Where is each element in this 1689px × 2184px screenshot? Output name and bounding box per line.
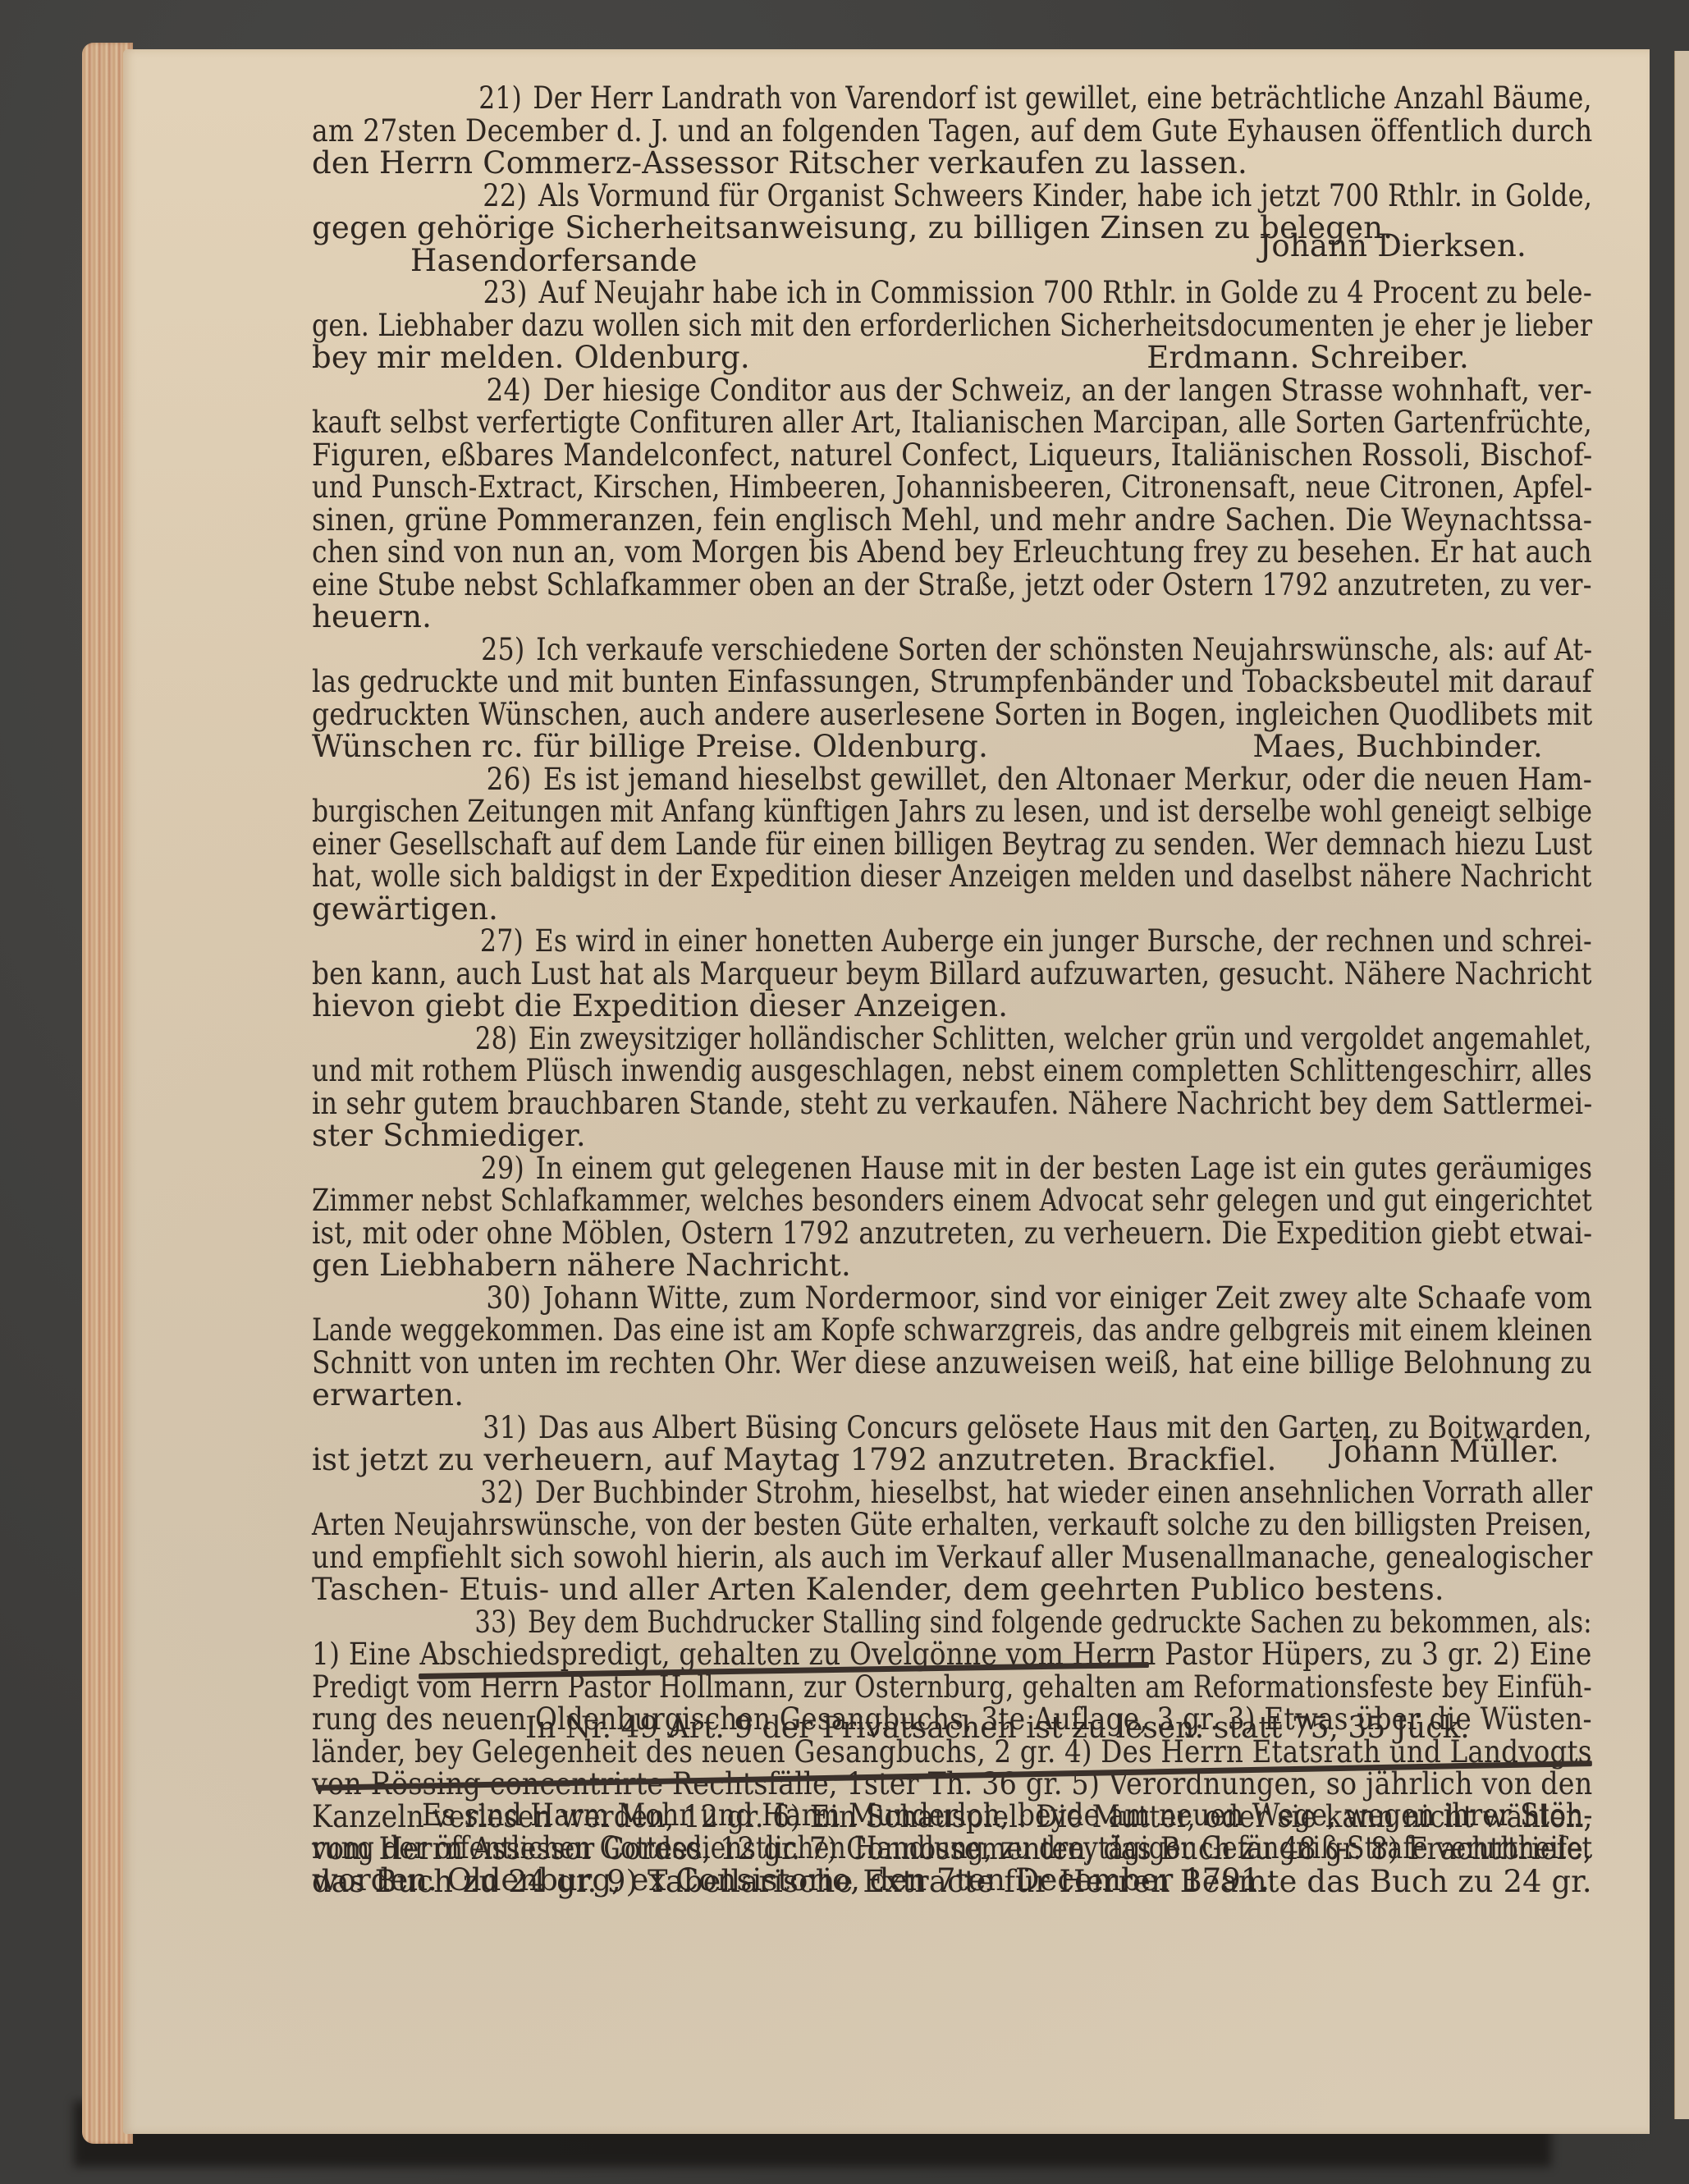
entry-22-place: Hasendorfersande [312, 243, 698, 278]
entry-28-line-3: in sehr gutem brauchbaren Stande, steht … [312, 1087, 1420, 1120]
entry-number: 27) [480, 925, 524, 958]
entry-number: 33) [474, 1606, 516, 1639]
entry-26-line-1: 26)Es ist jemand hieselbst gewillet, den… [312, 763, 1446, 796]
notice-line-3: worden. Oldenburg, ex Consistorio, den 7… [312, 1864, 1592, 1897]
entry-26-line-4: hat, wolle sich baldigst in der Expediti… [312, 860, 1394, 893]
page-gutter [1674, 51, 1689, 2119]
entry-28-line-1: 28)Ein zweysitziger holländischer Schlit… [312, 1023, 1373, 1055]
entry-text: Bey dem Buchdrucker Stalling sind folgen… [528, 1605, 1592, 1640]
entry-22-signature: Johann Dierksen. [1259, 230, 1527, 263]
entry-21-line-1: 21)Der Herr Landrath von Varendorf ist g… [312, 82, 1396, 115]
entry-number: 29) [481, 1152, 524, 1185]
entry-number: 30) [486, 1282, 531, 1315]
entry-27-line-2: ben kann, auch Lust hat als Marqueur bey… [312, 958, 1441, 991]
entry-25-line-1: 25)Ich verkaufe verschiedene Sorten der … [312, 634, 1411, 666]
entry-28-line-4: ster Schmiediger. [312, 1119, 1592, 1152]
entry-text: ist jetzt zu verheuern, auf Maytag 1792 … [312, 1442, 1277, 1477]
entry-text: Johann Witte, zum Nordermoor, sind vor e… [543, 1280, 1593, 1316]
entry-29-line-4: gen Liebhabern nähere Nachricht. [312, 1249, 1592, 1282]
entry-32-line-4: Taschen- Etuis- und aller Arten Kalender… [312, 1573, 1592, 1606]
entry-number: 31) [483, 1412, 527, 1445]
entry-28-line-2: und mit rothem Plüsch inwendig ausgeschl… [312, 1055, 1398, 1087]
entry-32-line-2: Arten Neujahrswünsche, von der besten Gü… [312, 1509, 1394, 1541]
entry-26-line-5: gewärtigen. [312, 893, 1592, 926]
entry-text: Wünschen rc. für billige Preise. Oldenbu… [312, 729, 988, 764]
entry-number: 26) [487, 763, 532, 796]
entry-30-line-2: Lande weggekommen. Das eine ist am Kopfe… [312, 1314, 1382, 1347]
entry-24-line-2: kauft selbst verfertigte Confituren alle… [312, 406, 1416, 439]
entry-26-line-3: einer Gesellschaft auf dem Lande für ein… [312, 828, 1402, 861]
entry-22-signature-line: HasendorfersandeJohann Dierksen. [312, 245, 1592, 277]
entry-24-line-3: Figuren, eßbares Mandelconfect, naturel … [312, 439, 1471, 472]
entry-number: 24) [486, 374, 531, 407]
notice-line-2: rung der öffentlichen Gottesdienstlichen… [312, 1832, 1405, 1865]
entry-23-line-3: bey mir melden. Oldenburg.Erdmann. Schre… [312, 341, 1592, 374]
entry-32-line-3: und empfiehlt sich sowohl hierin, als au… [312, 1541, 1430, 1574]
entry-24-line-4: und Punsch-Extract, Kirschen, Himbeeren,… [312, 471, 1416, 504]
entry-number: 28) [475, 1023, 517, 1055]
entry-33-line-1: 33)Bey dem Buchdrucker Stalling sind fol… [312, 1606, 1371, 1639]
entry-24-line-6: chen sind von nun an, vom Morgen bis Abe… [312, 536, 1453, 569]
entry-24-line-1: 24)Der hiesige Conditor aus der Schweiz,… [312, 374, 1445, 407]
entry-25-line-3: gedruckten Wünschen, auch andere auserle… [312, 698, 1451, 731]
notice-line-1: Es sind Harm Mohr und Harm Munderloh, be… [312, 1799, 1456, 1832]
entry-30-line-3: Schnitt von unten im rechten Ohr. Wer di… [312, 1347, 1446, 1380]
consistory-notice: Es sind Harm Mohr und Harm Munderloh, be… [312, 1799, 1592, 1897]
entry-text: Der Buchbinder Strohm, hieselbst, hat wi… [535, 1475, 1592, 1510]
entry-31-line-1: 31)Das aus Albert Büsing Concurs gelöset… [312, 1412, 1422, 1445]
erratum-note: In Nr. 49 Art. 9 der Privatsachen ist zu… [525, 1711, 1470, 1745]
entry-text: bey mir melden. Oldenburg. [312, 340, 750, 375]
entry-text: In einem gut gelegenen Hause mit in der … [536, 1151, 1593, 1186]
entry-27-line-3: hievon giebt die Expedition dieser Anzei… [312, 990, 1592, 1023]
entry-text: Es ist jemand hieselbst gewillet, den Al… [543, 762, 1592, 797]
entry-29-line-2: Zimmer nebst Schlafkammer, welches beson… [312, 1184, 1374, 1217]
entry-30-line-1: 30)Johann Witte, zum Nordermoor, sind vo… [312, 1282, 1444, 1315]
entry-25-line-2: las gedruckte und mit bunten Einfassunge… [312, 666, 1442, 698]
entry-29-line-1: 29)In einem gut gelegenen Hause mit in d… [312, 1152, 1409, 1185]
entry-25-signature: Maes, Buchbinder. [1252, 730, 1543, 763]
entry-text: Ein zweysitziger holländischer Schlitten… [529, 1021, 1592, 1056]
entry-30-line-4: erwarten. [312, 1379, 1592, 1412]
entry-24-line-5: sinen, grüne Pommeranzen, fein englisch … [312, 504, 1467, 537]
entry-31-signature: Johann Müller. [1331, 1435, 1559, 1468]
entry-31-line-2: ist jetzt zu verheuern, auf Maytag 1792 … [312, 1444, 1592, 1477]
entry-text: Auf Neujahr habe ich in Commission 700 R… [538, 275, 1591, 310]
entry-23-signature: Erdmann. Schreiber. [1147, 341, 1469, 374]
entry-number: 23) [483, 277, 528, 309]
entry-text: Der hiesige Conditor aus der Schweiz, an… [543, 373, 1592, 408]
entry-24-line-7: eine Stube nebst Schlafkammer oben an de… [312, 569, 1416, 602]
entry-text: Ich verkaufe verschiedene Sorten der sch… [536, 632, 1592, 667]
entry-text: Der Herr Landrath von Varendorf ist gewi… [533, 80, 1591, 116]
entry-21-line-3: den Herrn Commerz-Assessor Ritscher verk… [312, 147, 1592, 180]
entry-23-line-2: gen. Liebhaber dazu wollen sich mit den … [312, 309, 1405, 342]
entry-text: Als Vormund für Organist Schweers Kinder… [538, 178, 1592, 213]
advertisements-column: 21)Der Herr Landrath von Varendorf ist g… [312, 82, 1592, 1898]
entry-number: 25) [481, 634, 524, 666]
entry-22-line-1: 22)Als Vormund für Organist Schweers Kin… [312, 180, 1422, 213]
entry-number: 21) [478, 82, 522, 115]
entry-number: 32) [480, 1477, 524, 1509]
entry-25-line-4: Wünschen rc. für billige Preise. Oldenbu… [312, 730, 1592, 763]
entry-26-line-2: burgischen Zeitungen mit Anfang künftige… [312, 795, 1395, 828]
entry-number: 22) [483, 180, 527, 213]
entry-23-line-1: 23)Auf Neujahr habe ich in Commission 70… [312, 277, 1425, 309]
entry-27-line-1: 27)Es wird in einer honetten Auberge ein… [312, 925, 1405, 958]
entry-29-line-3: ist, mit oder ohne Möblen, Ostern 1792 a… [312, 1217, 1432, 1250]
entry-32-line-1: 32)Der Buchbinder Strohm, hieselbst, hat… [312, 1477, 1406, 1509]
entry-text: Es wird in einer honetten Auberge ein ju… [535, 923, 1592, 959]
entry-21-line-2: am 27sten December d. J. und an folgende… [312, 115, 1455, 148]
entry-24-line-8: heuern. [312, 601, 1592, 634]
